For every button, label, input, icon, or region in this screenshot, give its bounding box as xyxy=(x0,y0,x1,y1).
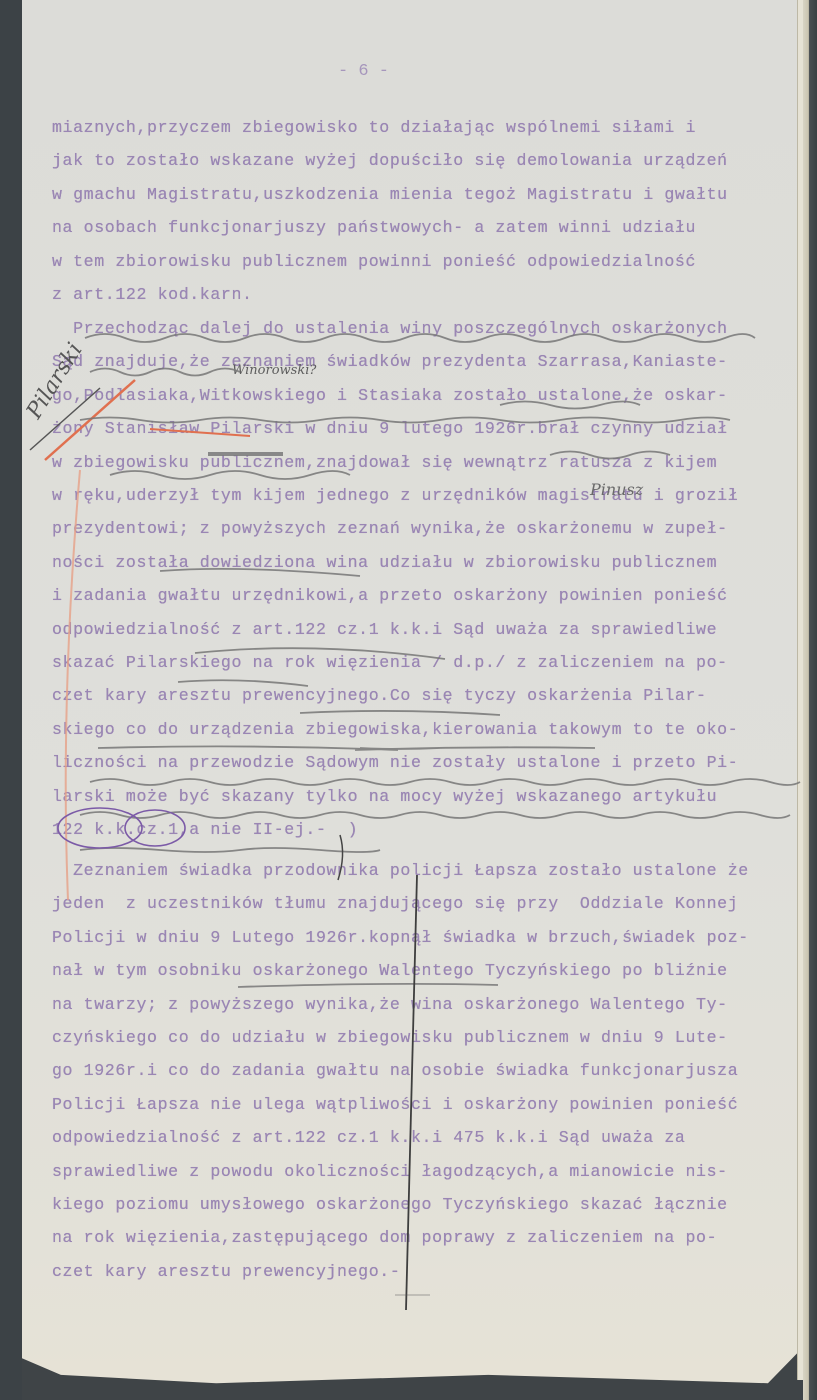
text-line: Sąd znajduje,że zeznaniem świadków prezy… xyxy=(52,351,728,373)
text-line: sprawiedliwe z powodu okoliczności łagod… xyxy=(52,1161,728,1183)
scanner-frame-right xyxy=(803,0,817,1400)
text-line: czyńskiego co do udziału w zbiegowisku p… xyxy=(52,1027,728,1049)
interlinear-annotation-2: Pinusz xyxy=(590,480,643,499)
text-line: larski może być skazany tylko na mocy wy… xyxy=(52,786,717,808)
text-line: żony Stanisław Pilarski w dniu 9 lutego … xyxy=(52,418,728,440)
text-line: Przechodząc dalej do ustalenia winy posz… xyxy=(52,318,728,340)
text-line: skiego co do urządzenia zbiegowiska,kier… xyxy=(52,719,738,741)
text-line: w gmachu Magistratu,uszkodzenia mienia t… xyxy=(52,184,728,206)
text-line: na twarzy; z powyższego wynika,że wina o… xyxy=(52,994,728,1016)
text-line: miaznych,przyczem zbiegowisko to działaj… xyxy=(52,117,696,139)
text-line: 122 k.k.cz.1,a nie II-ej.- ) xyxy=(52,819,358,841)
text-line: na rok więzienia,zastępującego dom popra… xyxy=(52,1227,717,1249)
text-line: ności została dowiedziona wina udziału w… xyxy=(52,552,717,574)
text-line: Policji w dniu 9 Lutego 1926r.kopnął świ… xyxy=(52,927,749,949)
page-number: - 6 - xyxy=(338,62,389,81)
text-line: jeden z uczestników tłumu znajdującego s… xyxy=(52,893,738,915)
text-line: jak to zostało wskazane wyżej dopuściło … xyxy=(52,150,728,172)
scanner-frame-left xyxy=(0,0,22,1400)
text-line: skazać Pilarskiego na rok więzienia / d.… xyxy=(52,652,728,674)
text-line: nał w tym osobniku oskarżonego Walentego… xyxy=(52,960,728,982)
text-line: na osobach funkcjonarjuszy państwowych- … xyxy=(52,217,696,239)
text-line: w zbiegowisku publicznem,znajdował się w… xyxy=(52,452,717,474)
text-line: czet kary aresztu prewencyjnego.- xyxy=(52,1261,400,1283)
text-line: liczności na przewodzie Sądowym nie zost… xyxy=(52,752,738,774)
text-line: i zadania gwałtu urzędnikowi,a przeto os… xyxy=(52,585,728,607)
interlinear-annotation: Winorowski? xyxy=(232,363,316,378)
text-line: odpowiedzialność z art.122 cz.1 k.k.i 47… xyxy=(52,1127,685,1149)
text-line: go,Podlasiaka,Witkowskiego i Stasiaka zo… xyxy=(52,385,728,407)
text-line: Zeznaniem świadka przodownika policji Ła… xyxy=(52,860,749,882)
text-line: Policji Łapsza nie ulega wątpliwości i o… xyxy=(52,1094,738,1116)
text-line: czet kary aresztu prewencyjnego.Co się t… xyxy=(52,685,707,707)
text-line: odpowiedzialność z art.122 cz.1 k.k.i Są… xyxy=(52,619,717,641)
text-line: w tem zbiorowisku publicznem powinni pon… xyxy=(52,251,696,273)
text-line: z art.122 kod.karn. xyxy=(52,284,253,306)
text-line: kiego poziomu umysłowego oskarżonego Tyc… xyxy=(52,1194,728,1216)
text-line: prezydentowi; z powyższych zeznań wynika… xyxy=(52,518,728,540)
text-line: go 1926r.i co do zadania gwałtu na osobi… xyxy=(52,1060,738,1082)
